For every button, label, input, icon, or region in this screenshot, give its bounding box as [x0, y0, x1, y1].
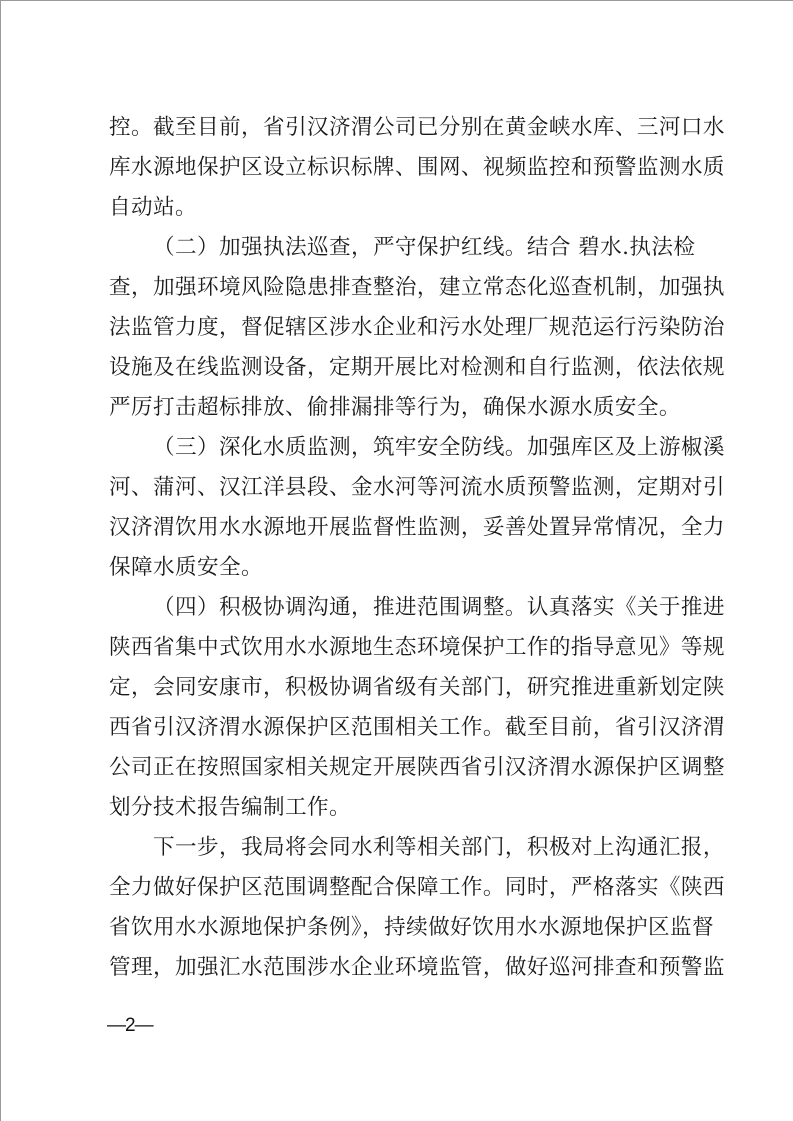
- text-line: （三）深化水质监测，筑牢安全防线。加强库区及上游椒溪: [109, 428, 709, 468]
- paragraph-next-steps: 下一步，我局将会同水利等相关部门，积极对上沟通汇报， 全力做好保护区范围调整配合…: [109, 828, 709, 988]
- text-line: 查，加强环境风险隐患排查整治，建立常态化巡查机制，加强执: [109, 268, 709, 308]
- text-line: 全力做好保护区范围调整配合保障工作。同时，严格落实《陕西: [109, 868, 709, 908]
- text-line: 严厉打击超标排放、偷排漏排等行为，确保水源水质安全。: [109, 388, 709, 428]
- page-number: —2—: [107, 1015, 153, 1037]
- text-line: 西省引汉济渭水源保护区范围相关工作。截至目前，省引汉济渭: [109, 708, 709, 748]
- text-line: 公司正在按照国家相关规定开展陕西省引汉济渭水源保护区调整: [109, 748, 709, 788]
- paragraph-section-2: （二）加强执法巡查，严守保护红线。结合 碧水.执法检 查，加强环境风险隐患排查整…: [109, 228, 709, 428]
- text-line: 控。截至目前，省引汉济渭公司已分别在黄金峡水库、三河口水: [109, 108, 709, 148]
- document-page: 控。截至目前，省引汉济渭公司已分别在黄金峡水库、三河口水 库水源地保护区设立标识…: [0, 0, 793, 1121]
- text-line: 汉济渭饮用水水源地开展监督性监测，妥善处置异常情况，全力: [109, 508, 709, 548]
- text-line: （四）积极协调沟通，推进范围调整。认真落实《关于推进: [109, 588, 709, 628]
- text-line: 法监管力度，督促辖区涉水企业和污水处理厂规范运行污染防治: [109, 308, 709, 348]
- paragraph-continued: 控。截至目前，省引汉济渭公司已分别在黄金峡水库、三河口水 库水源地保护区设立标识…: [109, 108, 709, 228]
- text-line: 省饮用水水源地保护条例》，持续做好饮用水水源地保护区监督: [109, 908, 709, 948]
- text-line: 保障水质安全。: [109, 548, 709, 588]
- text-line: 自动站。: [109, 188, 709, 228]
- text-line: 陕西省集中式饮用水水源地生态环境保护工作的指导意见》等规: [109, 628, 709, 668]
- text-line: 定，会同安康市，积极协调省级有关部门，研究推进重新划定陕: [109, 668, 709, 708]
- text-line: 管理，加强汇水范围涉水企业环境监管，做好巡河排查和预警监: [109, 948, 709, 988]
- text-line: 设施及在线监测设备，定期开展比对检测和自行监测，依法依规: [109, 348, 709, 388]
- text-line: （二）加强执法巡查，严守保护红线。结合 碧水.执法检: [109, 228, 709, 268]
- paragraph-section-4: （四）积极协调沟通，推进范围调整。认真落实《关于推进 陕西省集中式饮用水水源地生…: [109, 588, 709, 828]
- text-line: 库水源地保护区设立标识标牌、围网、视频监控和预警监测水质: [109, 148, 709, 188]
- paragraph-section-3: （三）深化水质监测，筑牢安全防线。加强库区及上游椒溪 河、蒲河、汉江洋县段、金水…: [109, 428, 709, 588]
- body-text: 控。截至目前，省引汉济渭公司已分别在黄金峡水库、三河口水 库水源地保护区设立标识…: [109, 108, 709, 988]
- text-line: 河、蒲河、汉江洋县段、金水河等河流水质预警监测，定期对引: [109, 468, 709, 508]
- text-line: 划分技术报告编制工作。: [109, 788, 709, 828]
- text-line: 下一步，我局将会同水利等相关部门，积极对上沟通汇报，: [109, 828, 709, 868]
